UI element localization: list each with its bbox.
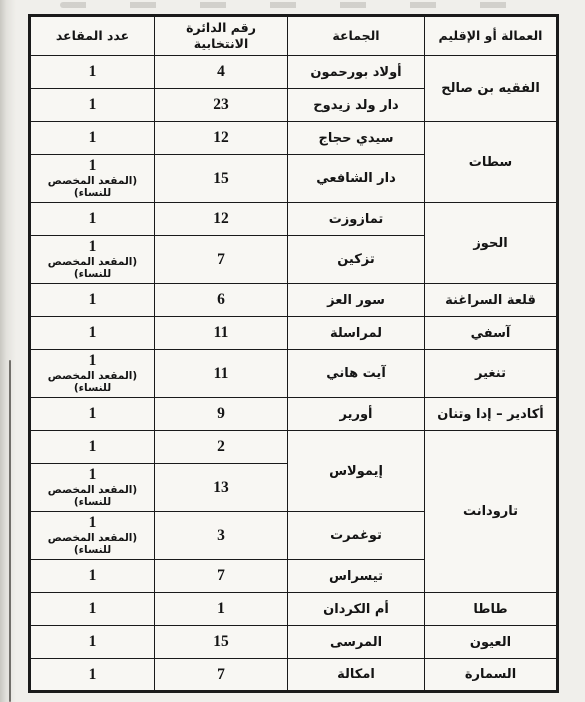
table-row: طاطاأم الكردان11 bbox=[30, 593, 558, 626]
header-province: العمالة أو الإقليم bbox=[425, 16, 558, 56]
district-number-cell: 13 bbox=[155, 464, 288, 512]
women-seat-note: (المقعد المخصص للنساء) bbox=[35, 484, 150, 509]
commune-cell: أولاد بورحمون bbox=[288, 56, 425, 89]
header-row: العمالة أو الإقليم الجماعة رقم الدائرة ا… bbox=[30, 16, 558, 56]
commune-cell: تيسراس bbox=[288, 560, 425, 593]
province-cell: السمارة bbox=[425, 659, 558, 692]
seats-cell: 1 bbox=[30, 398, 155, 431]
commune-cell: المرسى bbox=[288, 626, 425, 659]
table-row: قلعة السراغنةسور العز61 bbox=[30, 284, 558, 317]
seats-cell: 1(المقعد المخصص للنساء) bbox=[30, 512, 155, 560]
seat-count: 1 bbox=[35, 291, 150, 309]
commune-cell: امكالة bbox=[288, 659, 425, 692]
district-number-cell: 9 bbox=[155, 398, 288, 431]
seats-cell: 1 bbox=[30, 89, 155, 122]
province-cell: سطات bbox=[425, 122, 558, 203]
seat-count: 1 bbox=[35, 600, 150, 618]
seat-count: 1 bbox=[35, 514, 150, 532]
commune-cell: تزكين bbox=[288, 236, 425, 284]
seats-cell: 1 bbox=[30, 284, 155, 317]
commune-cell: إيمولاس bbox=[288, 431, 425, 512]
table-row: الفقيه بن صالحأولاد بورحمون41 bbox=[30, 56, 558, 89]
scan-edge-line bbox=[9, 360, 11, 702]
seat-count: 1 bbox=[35, 157, 150, 175]
district-number-cell: 23 bbox=[155, 89, 288, 122]
seats-cell: 1 bbox=[30, 203, 155, 236]
province-cell: تنغير bbox=[425, 350, 558, 398]
commune-cell: سور العز bbox=[288, 284, 425, 317]
table-row: الحوزتمازوزت121 bbox=[30, 203, 558, 236]
seats-cell: 1 bbox=[30, 659, 155, 692]
scan-edge-shadow bbox=[0, 0, 16, 702]
commune-cell: لمراسلة bbox=[288, 317, 425, 350]
commune-cell: توغمرت bbox=[288, 512, 425, 560]
seat-count: 1 bbox=[35, 129, 150, 147]
seats-cell: 1 bbox=[30, 56, 155, 89]
scan-top-smudge bbox=[60, 2, 520, 8]
district-number-cell: 6 bbox=[155, 284, 288, 317]
seat-count: 1 bbox=[35, 633, 150, 651]
women-seat-note: (المقعد المخصص للنساء) bbox=[35, 532, 150, 557]
seats-cell: 1 bbox=[30, 593, 155, 626]
table-row: آسفيلمراسلة111 bbox=[30, 317, 558, 350]
seats-cell: 1 bbox=[30, 317, 155, 350]
table-row: سطاتسيدي حجاج121 bbox=[30, 122, 558, 155]
seat-count: 1 bbox=[35, 567, 150, 585]
district-number-cell: 12 bbox=[155, 122, 288, 155]
seat-count: 1 bbox=[35, 96, 150, 114]
commune-cell: أم الكردان bbox=[288, 593, 425, 626]
district-number-cell: 15 bbox=[155, 626, 288, 659]
province-cell: آسفي bbox=[425, 317, 558, 350]
header-commune: الجماعة bbox=[288, 16, 425, 56]
electoral-districts-table: العمالة أو الإقليم الجماعة رقم الدائرة ا… bbox=[28, 14, 559, 693]
table-row: أكادير – إدا وتنانأورير91 bbox=[30, 398, 558, 431]
header-seats: عدد المقاعد bbox=[30, 16, 155, 56]
seats-cell: 1(المقعد المخصص للنساء) bbox=[30, 155, 155, 203]
district-number-cell: 11 bbox=[155, 350, 288, 398]
seats-cell: 1(المقعد المخصص للنساء) bbox=[30, 350, 155, 398]
header-district-label: رقم الدائرة الانتخابية bbox=[180, 20, 262, 53]
seat-count: 1 bbox=[35, 324, 150, 342]
district-number-cell: 4 bbox=[155, 56, 288, 89]
seats-cell: 1 bbox=[30, 626, 155, 659]
district-number-cell: 12 bbox=[155, 203, 288, 236]
district-number-cell: 7 bbox=[155, 560, 288, 593]
seats-cell: 1(المقعد المخصص للنساء) bbox=[30, 236, 155, 284]
commune-cell: تمازوزت bbox=[288, 203, 425, 236]
seat-count: 1 bbox=[35, 466, 150, 484]
district-number-cell: 3 bbox=[155, 512, 288, 560]
seat-count: 1 bbox=[35, 238, 150, 256]
table-row: العيونالمرسى151 bbox=[30, 626, 558, 659]
header-district: رقم الدائرة الانتخابية bbox=[155, 16, 288, 56]
commune-cell: أورير bbox=[288, 398, 425, 431]
seats-cell: 1 bbox=[30, 122, 155, 155]
seat-count: 1 bbox=[35, 405, 150, 423]
province-cell: الحوز bbox=[425, 203, 558, 284]
commune-cell: سيدي حجاج bbox=[288, 122, 425, 155]
table-row: السمارةامكالة71 bbox=[30, 659, 558, 692]
province-cell: العيون bbox=[425, 626, 558, 659]
women-seat-note: (المقعد المخصص للنساء) bbox=[35, 256, 150, 281]
province-cell: أكادير – إدا وتنان bbox=[425, 398, 558, 431]
province-cell: قلعة السراغنة bbox=[425, 284, 558, 317]
district-number-cell: 2 bbox=[155, 431, 288, 464]
seats-cell: 1(المقعد المخصص للنساء) bbox=[30, 464, 155, 512]
seat-count: 1 bbox=[35, 666, 150, 684]
seat-count: 1 bbox=[35, 63, 150, 81]
table-row: تنغيرآيت هاني111(المقعد المخصص للنساء) bbox=[30, 350, 558, 398]
province-cell: الفقيه بن صالح bbox=[425, 56, 558, 122]
district-number-cell: 11 bbox=[155, 317, 288, 350]
seats-cell: 1 bbox=[30, 560, 155, 593]
district-number-cell: 7 bbox=[155, 659, 288, 692]
district-number-cell: 15 bbox=[155, 155, 288, 203]
women-seat-note: (المقعد المخصص للنساء) bbox=[35, 370, 150, 395]
seats-cell: 1 bbox=[30, 431, 155, 464]
table-row: تارودانتإيمولاس21 bbox=[30, 431, 558, 464]
province-cell: طاطا bbox=[425, 593, 558, 626]
province-cell: تارودانت bbox=[425, 431, 558, 593]
district-number-cell: 7 bbox=[155, 236, 288, 284]
district-number-cell: 1 bbox=[155, 593, 288, 626]
seat-count: 1 bbox=[35, 210, 150, 228]
commune-cell: آيت هاني bbox=[288, 350, 425, 398]
women-seat-note: (المقعد المخصص للنساء) bbox=[35, 175, 150, 200]
seat-count: 1 bbox=[35, 352, 150, 370]
commune-cell: دار الشافعي bbox=[288, 155, 425, 203]
seat-count: 1 bbox=[35, 438, 150, 456]
commune-cell: دار ولد زيدوح bbox=[288, 89, 425, 122]
